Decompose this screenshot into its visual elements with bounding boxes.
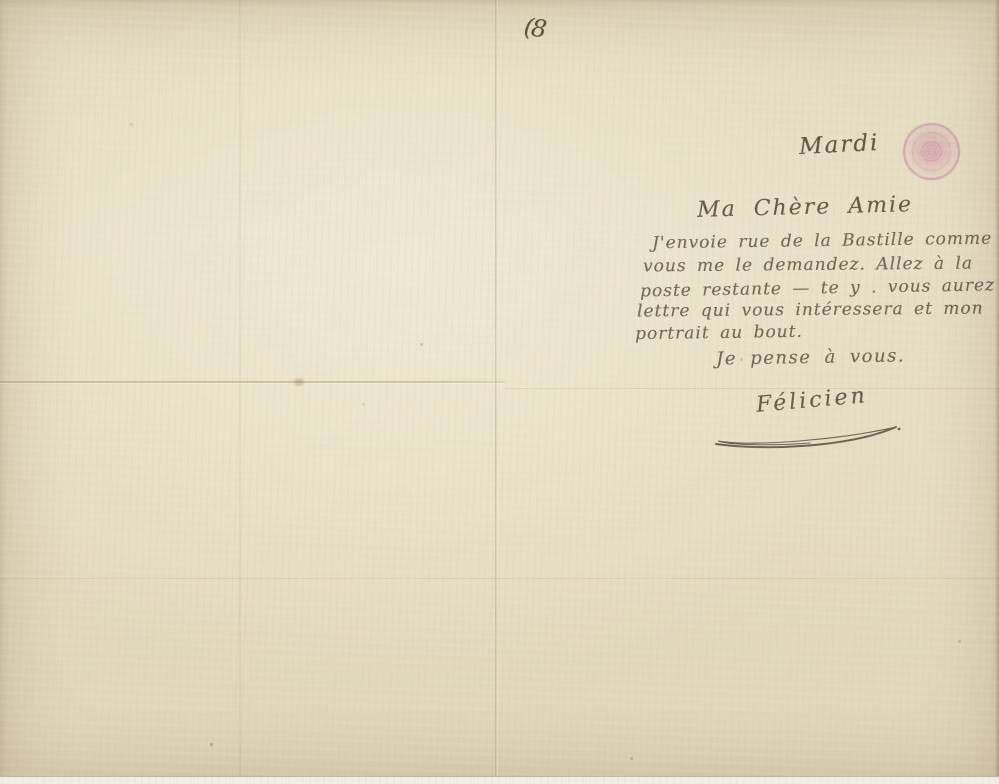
letter-scan: (8 Mardi Ma Chère Amie J'envoie rue de l… <box>0 0 999 784</box>
center-fold-crease <box>495 0 498 784</box>
letter-body-line: lettre qui vous intéressera et mon <box>637 298 984 321</box>
letter-body-line: J'envoie rue de la Bastille comme <box>652 229 992 254</box>
letter-signature: Félicien <box>755 383 868 418</box>
horizontal-crease-lower <box>0 578 999 579</box>
horizontal-crease-left <box>0 381 505 383</box>
letter-salutation: Ma Chère Amie <box>697 192 914 223</box>
paper-right-edge-shadow <box>995 0 999 784</box>
letter-body-line: poste restante — te y . vous aurez une <box>640 275 999 302</box>
signature-flourish <box>710 416 905 452</box>
foxing-specks <box>210 743 213 746</box>
horizontal-crease-right <box>505 388 999 389</box>
crease-intersection-spot <box>294 378 304 386</box>
letter-dateline: Mardi <box>798 130 880 160</box>
letter-closing: Je pense à vous. <box>716 345 905 369</box>
letter-body-line: vous me le demandez. Allez à la <box>643 254 973 277</box>
collector-stamp-core <box>921 141 942 162</box>
scanner-edge-strip <box>0 776 999 784</box>
collector-stamp-icon <box>903 123 960 180</box>
letter-body-line: portrait au bout. <box>635 322 803 344</box>
page-number-annotation: (8 <box>522 13 546 44</box>
quarter-fold-crease <box>239 0 241 784</box>
